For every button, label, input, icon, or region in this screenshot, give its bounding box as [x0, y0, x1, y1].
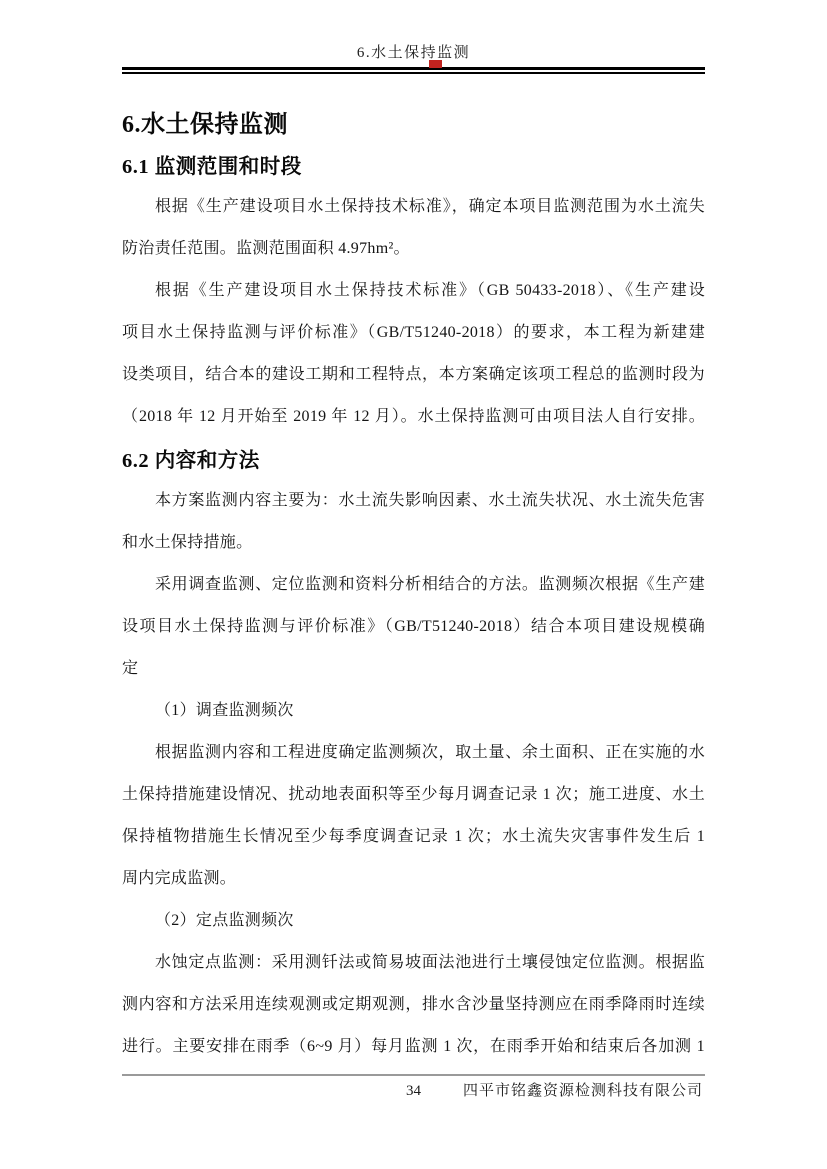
header-rule-thick-line [122, 67, 705, 70]
text-line: 根据《生产建设项目水土保持技术标准》（GB 50433-2018）、《生产建设 [122, 270, 705, 312]
section-heading-6-1: 6.1 监测范围和时段 [122, 152, 705, 182]
text-line: 定 [122, 648, 705, 690]
text-line: 水蚀定点监测：采用测钎法或简易坡面法池进行土壤侵蚀定位监测。根据监 [122, 942, 705, 984]
document-body: 6.水土保持监测 6.1 监测范围和时段 根据《生产建设项目水土保持技术标准》，… [122, 110, 705, 1068]
text-line: 测内容和方法采用连续观测或定期观测，排水含沙量坚持测应在雨季降雨时连续 [122, 984, 705, 1026]
text-line: 根据监测内容和工程进度确定监测频次，取土量、余土面积、正在实施的水 [122, 732, 705, 774]
paragraph: 水蚀定点监测：采用测钎法或简易坡面法池进行土壤侵蚀定位监测。根据监 测内容和方法… [122, 942, 705, 1068]
header-double-rule [122, 67, 705, 74]
paragraph: 采用调查监测、定位监测和资料分析相结合的方法。监测频次根据《生产建 设项目水土保… [122, 564, 705, 690]
document-page: 6.水土保持监测 6.水土保持监测 6.1 监测范围和时段 根据《生产建设项目水… [0, 0, 827, 1169]
list-item-1: （1）调查监测频次 [122, 690, 705, 732]
section-heading-6-2: 6.2 内容和方法 [122, 446, 705, 476]
text-line: （2018 年 12 月开始至 2019 年 12 月）。水土保持监测可由项目法… [122, 396, 705, 438]
chapter-heading: 6.水土保持监测 [122, 110, 705, 140]
paragraph: 根据《生产建设项目水土保持技术标准》，确定本项目监测范围为水土流失 防治责任范围… [122, 186, 705, 270]
text-line: 保持植物措施生长情况至少每季度调查记录 1 次；水土流失灾害事件发生后 1 [122, 816, 705, 858]
text-line: （2）定点监测频次 [122, 900, 705, 942]
text-line: 周内完成监测。 [122, 858, 705, 900]
header-rule-thin-line [122, 72, 705, 74]
text-line: 进行。主要安排在雨季（6~9 月）每月监测 1 次，在雨季开始和结束后各加测 1 [122, 1026, 705, 1068]
red-artifact-mark [429, 60, 442, 68]
text-line: 本方案监测内容主要为：水土流失影响因素、水土流失状况、水土流失危害 [122, 480, 705, 522]
footer-company-name: 四平市铭鑫资源检测科技有限公司 [463, 1080, 703, 1102]
text-line: 防治责任范围。监测范围面积 4.97hm²。 [122, 228, 705, 270]
text-line: 根据《生产建设项目水土保持技术标准》，确定本项目监测范围为水土流失 [122, 186, 705, 228]
paragraph: 本方案监测内容主要为：水土流失影响因素、水土流失状况、水土流失危害 和水土保持措… [122, 480, 705, 564]
text-line: 土保持措施建设情况、扰动地表面积等至少每月调查记录 1 次；施工进度、水土 [122, 774, 705, 816]
paragraph: 根据《生产建设项目水土保持技术标准》（GB 50433-2018）、《生产建设 … [122, 270, 705, 438]
text-line: 设项目水土保持监测与评价标准》（GB/T51240-2018）结合本项目建设规模… [122, 606, 705, 648]
list-item-2: （2）定点监测频次 [122, 900, 705, 942]
text-line: 设类项目，结合本的建设工期和工程特点，本方案确定该项工程总的监测时段为 [122, 354, 705, 396]
paragraph: 根据监测内容和工程进度确定监测频次，取土量、余土面积、正在实施的水 土保持措施建… [122, 732, 705, 900]
footer-rule [122, 1074, 705, 1076]
text-line: 项目水土保持监测与评价标准》（GB/T51240-2018）的要求，本工程为新建… [122, 312, 705, 354]
text-line: 和水土保持措施。 [122, 522, 705, 564]
running-header-title: 6.水土保持监测 [122, 44, 705, 62]
text-line: 采用调查监测、定位监测和资料分析相结合的方法。监测频次根据《生产建 [122, 564, 705, 606]
page-footer: 34 四平市铭鑫资源检测科技有限公司 [122, 1080, 705, 1104]
text-line: （1）调查监测频次 [122, 690, 705, 732]
